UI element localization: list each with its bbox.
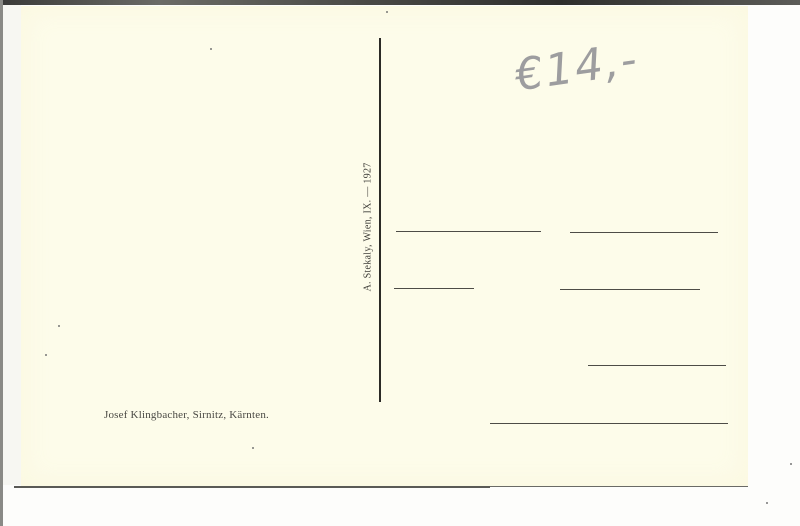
address-line-2-left <box>394 288 474 289</box>
address-line-2-right <box>560 289 700 290</box>
printer-imprint: A. Stekaly, Wien, IX. — 1927 <box>363 162 374 291</box>
dust-speck <box>790 463 792 465</box>
scan-top-edge <box>0 0 800 5</box>
publisher-caption: Josef Klingbacher, Sirnitz, Kärnten. <box>104 409 269 421</box>
dust-speck <box>210 48 212 50</box>
dust-speck <box>252 447 254 449</box>
card-bottom-edge <box>14 486 490 488</box>
center-divider-line <box>379 38 381 402</box>
address-line-1-right <box>570 232 718 233</box>
card-bottom-edge-right <box>490 486 748 487</box>
address-line-3 <box>588 365 726 366</box>
address-line-1-left <box>396 231 541 232</box>
address-line-4 <box>490 423 728 424</box>
scan-left-margin <box>3 5 21 485</box>
dust-speck <box>386 11 388 13</box>
dust-speck <box>766 502 768 504</box>
dust-speck <box>58 325 60 327</box>
dust-speck <box>45 354 47 356</box>
